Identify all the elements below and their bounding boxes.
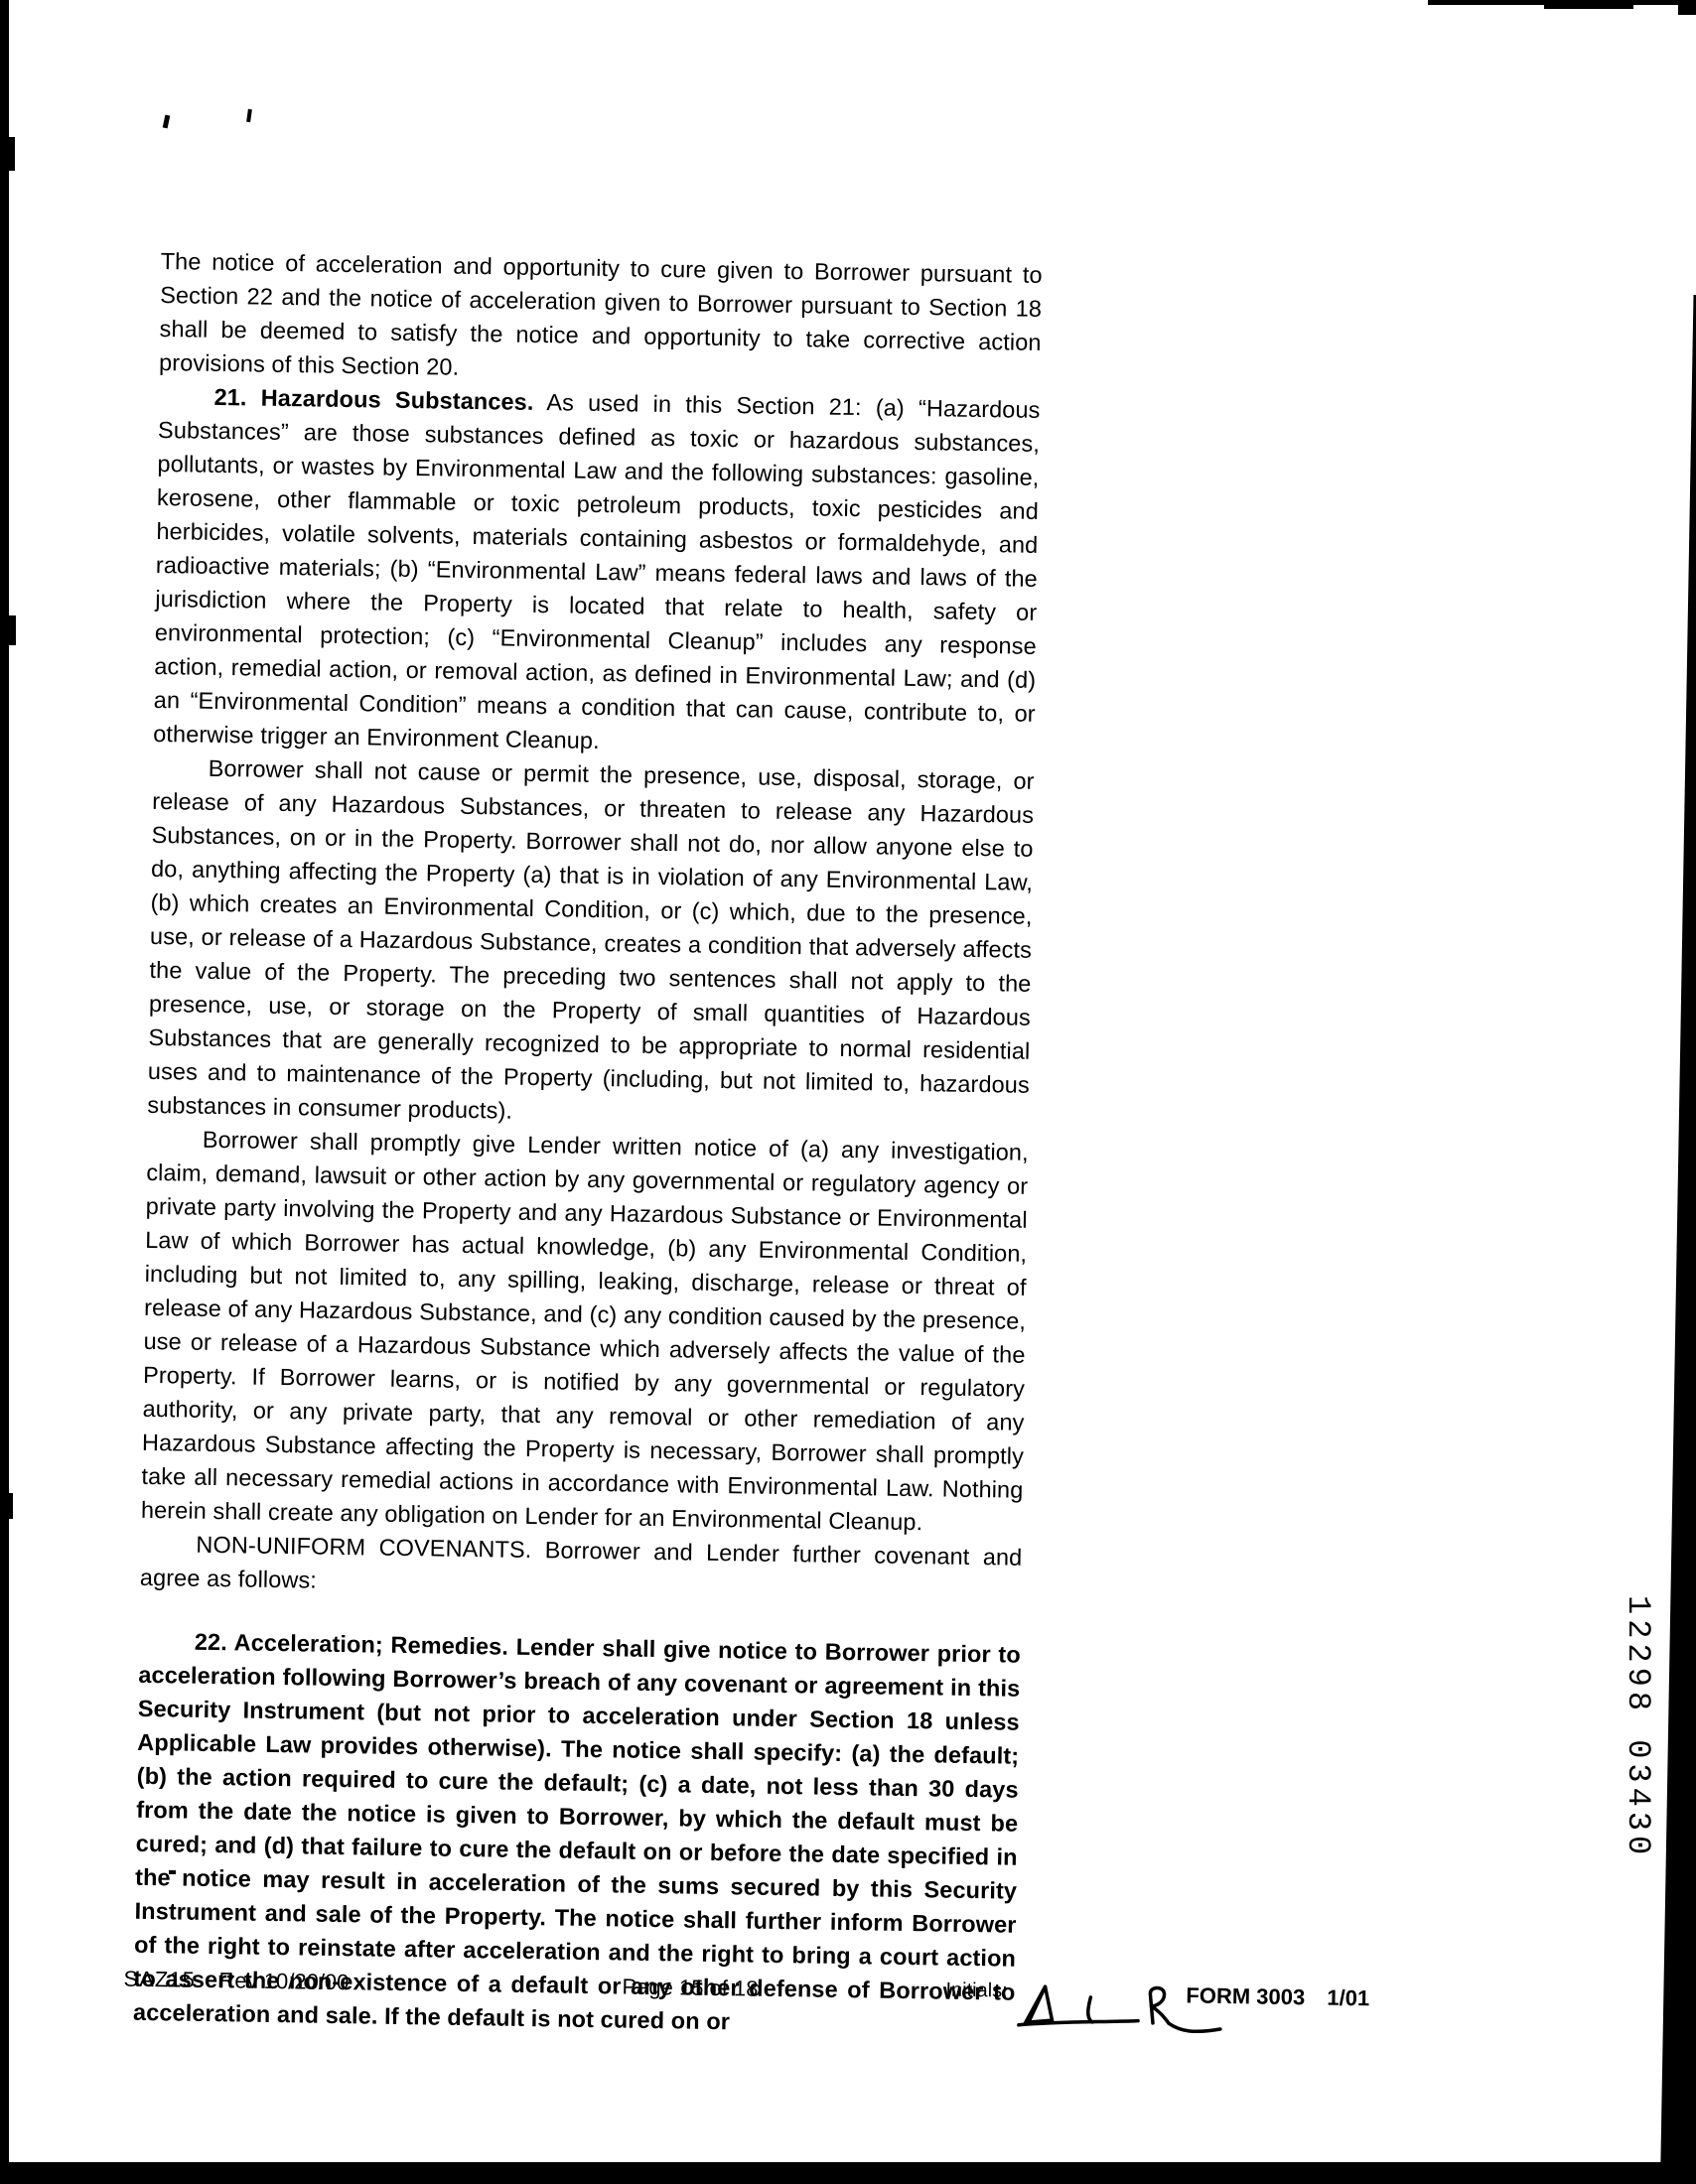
document-page: The notice of acceleration and opportuni… [133, 244, 1472, 2052]
footer-form-code: SAZ15 [123, 1967, 196, 1993]
paragraph-text: The notice of acceleration and opportuni… [159, 248, 1043, 380]
scan-edge-left [0, 0, 9, 2184]
paragraph-text: Borrower shall not cause or permit the p… [147, 755, 1035, 1124]
scan-edge-blob [0, 615, 16, 645]
footer-initials-label: Initials: [945, 1979, 1008, 2003]
scan-speck [163, 115, 171, 129]
body-text: The notice of acceleration and opportuni… [133, 244, 1043, 2043]
scan-edge-blob [1678, 0, 1696, 15]
paragraph-hazardous-use: Borrower shall not cause or permit the p… [147, 751, 1035, 1136]
paragraph-non-uniform-covenants: NON-UNIFORM COVENANTS. Borrower and Lend… [140, 1527, 1023, 1608]
paragraph-text: As used in this Section 21: (a) “Hazardo… [153, 389, 1041, 753]
scan-edge-right [1660, 0, 1696, 2184]
scan-speck [246, 109, 252, 122]
scan-edge-blob [0, 1493, 13, 1519]
scan-edge-blob [0, 137, 15, 171]
footer-revision: Rev 10/20/00 [218, 1968, 349, 1995]
footer-form-number: FORM 3003 [1186, 1982, 1305, 2010]
footer-form-date: 1/01 [1327, 1985, 1369, 2012]
paragraph-notice-to-lender: Borrower shall promptly give Lender writ… [141, 1122, 1029, 1541]
section21-heading: 21. Hazardous Substances. [213, 384, 533, 415]
scan-edge-bottom [8, 2162, 1696, 2184]
paragraph-section20-continuation: The notice of acceleration and opportuni… [159, 244, 1043, 393]
paragraph-section21: 21. Hazardous Substances. As used in thi… [153, 379, 1041, 764]
scan-edge-blob [1544, 0, 1633, 9]
recorder-stamp-number: 12298 03430 [1620, 1595, 1656, 1859]
paragraph-text: NON-UNIFORM COVENANTS. Borrower and Lend… [140, 1532, 1023, 1593]
section22-heading: 22. Acceleration; Remedies. [195, 1629, 509, 1660]
footer-page-number: Page 15 of 18 [622, 1975, 758, 2002]
paragraph-text: Borrower shall promptly give Lender writ… [141, 1127, 1029, 1535]
